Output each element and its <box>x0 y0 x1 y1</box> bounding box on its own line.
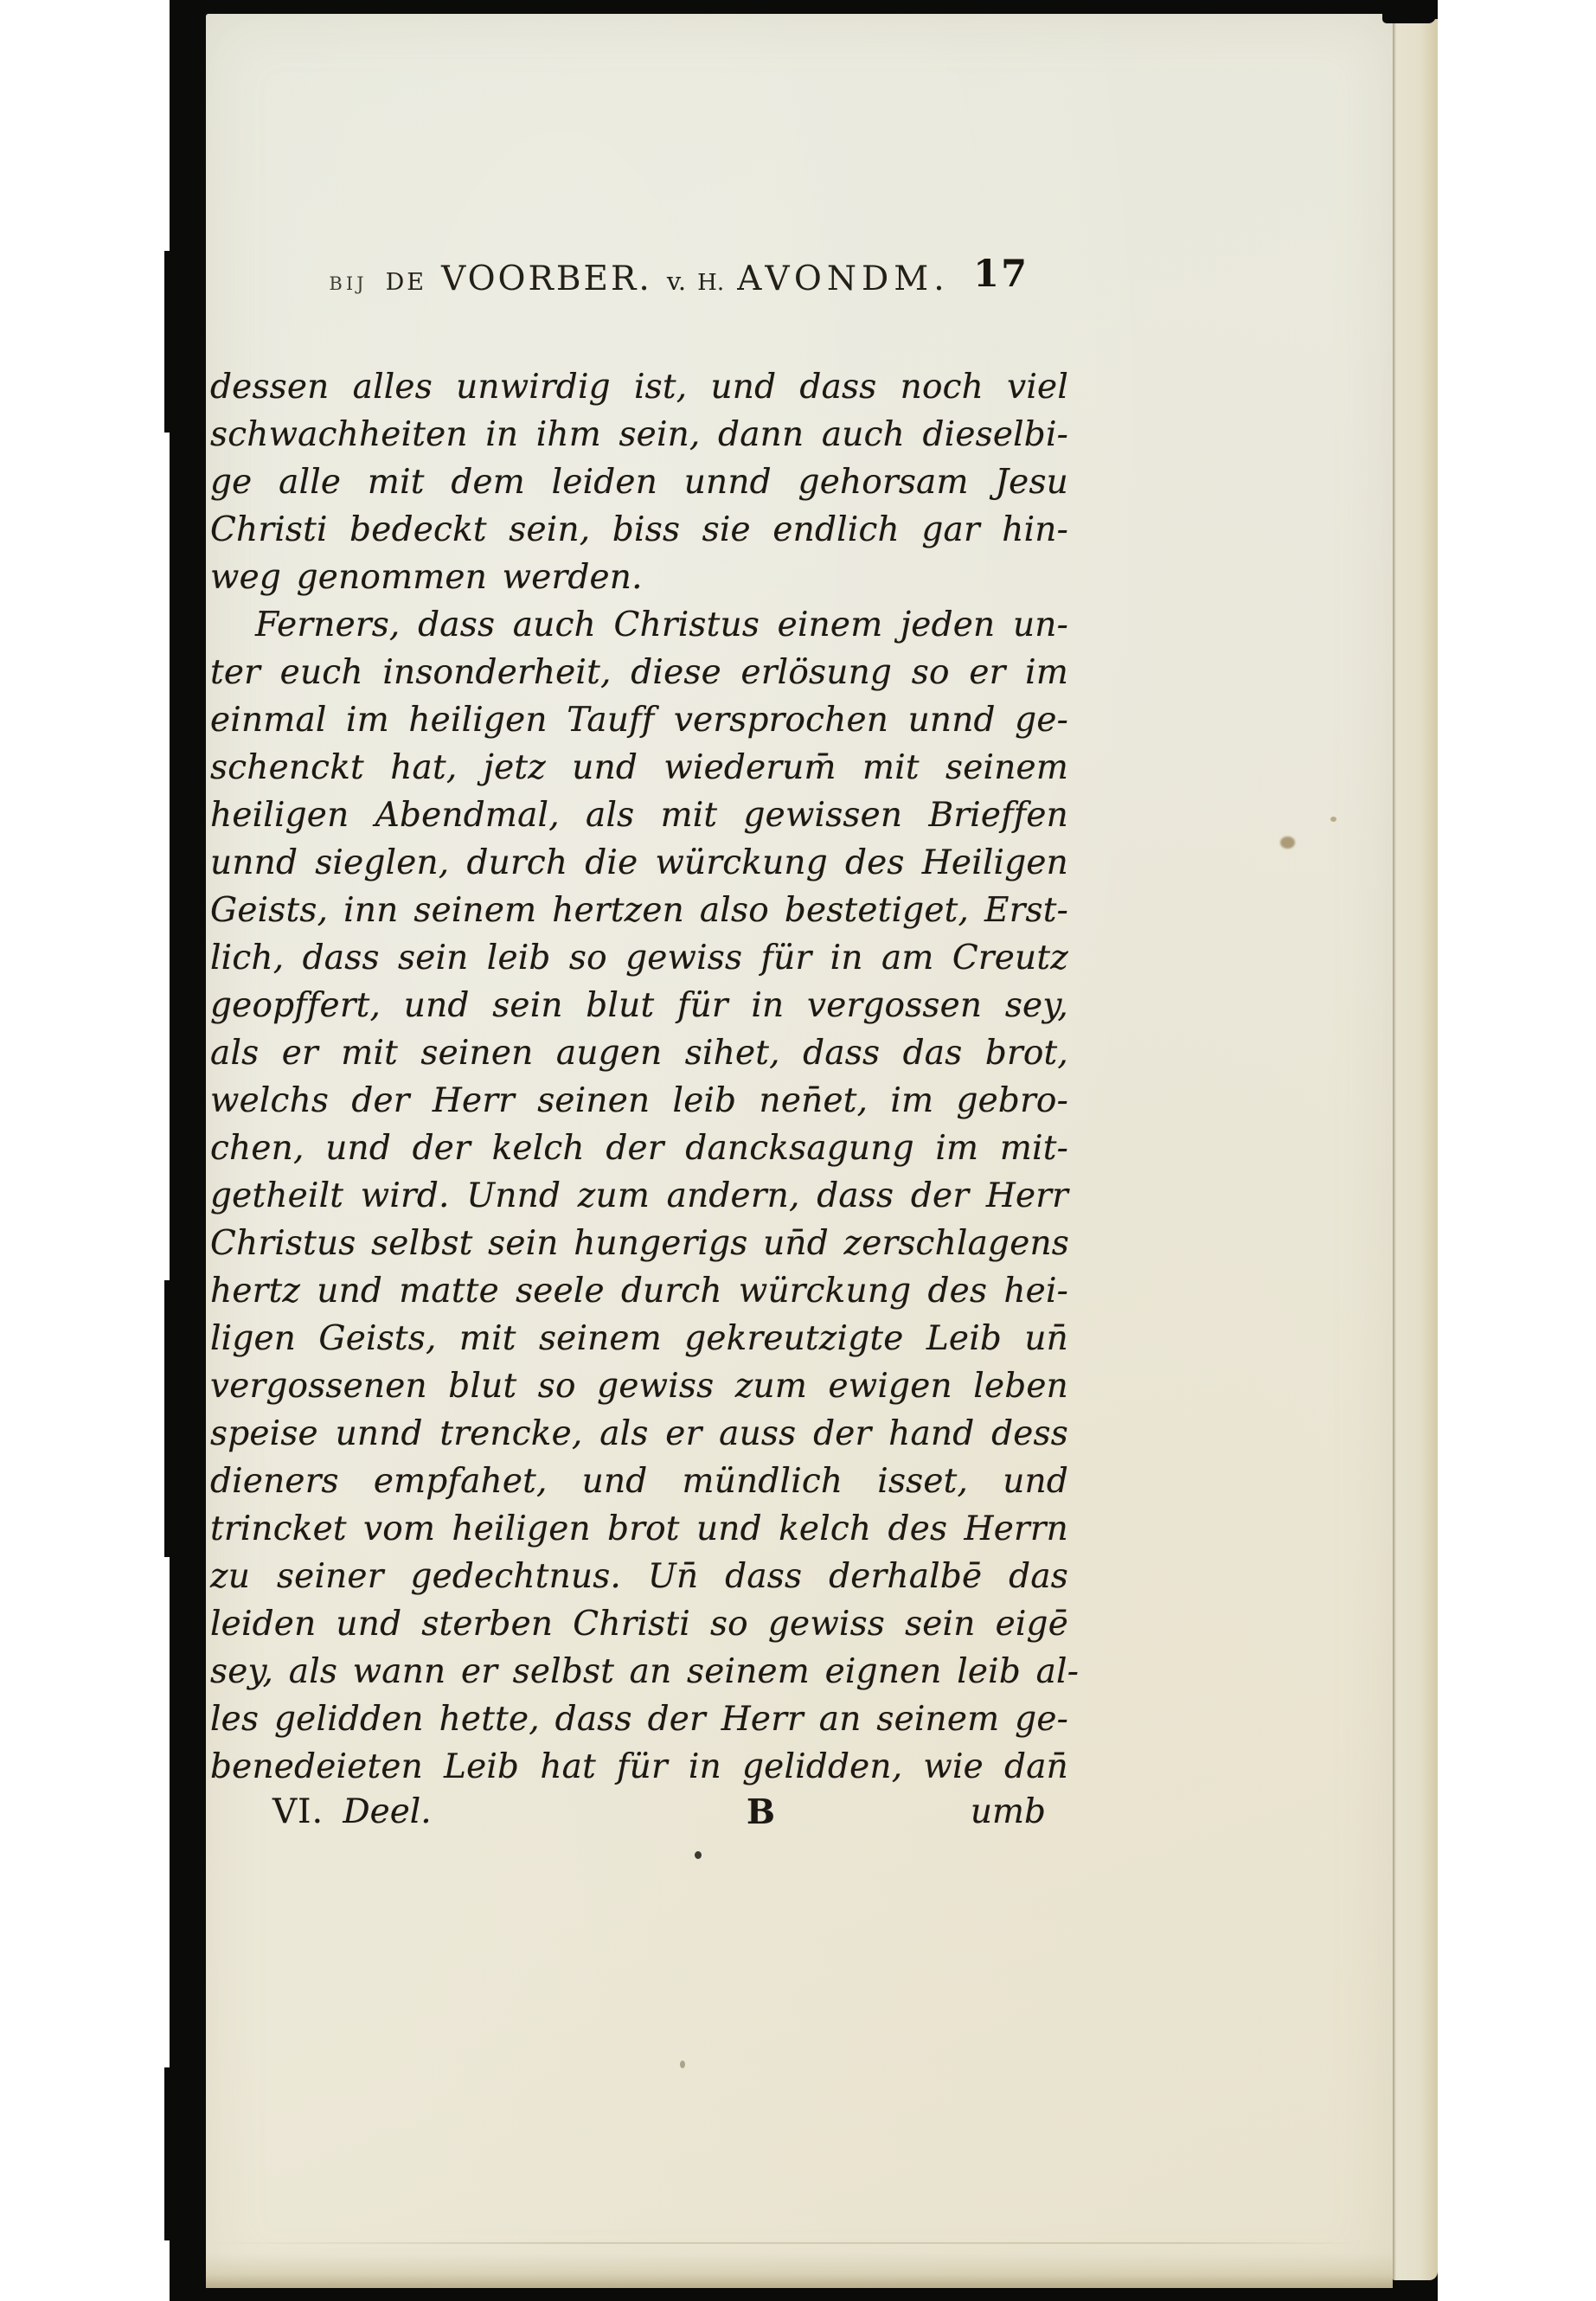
body-text-line: ge alle mit dem leiden unnd gehorsam Jes… <box>210 458 1068 506</box>
page-number: 17 <box>973 253 1029 296</box>
body-text-line: dessen alles unwirdig ist, und dass noch… <box>210 363 1068 411</box>
header-word-bij: BIJ <box>329 273 367 294</box>
body-text-line: chen, und der kelch der dancksagung im m… <box>210 1125 1068 1172</box>
page-footer: VI. Deel. B umb <box>210 1792 1068 1840</box>
body-text-line: einmal im heiligen Tauff versprochen unn… <box>210 696 1068 744</box>
header-word-avondm: AVONDM. <box>737 260 949 298</box>
body-text-line: schenckt hat, jetz und wiederum̄ mit sei… <box>210 744 1068 792</box>
body-text-line: geopffert, und sein blut für in vergosse… <box>210 982 1068 1029</box>
body-text-line: hertz und matte seele durch würckung des… <box>210 1267 1068 1315</box>
body-text-line: sey, als wann er selbst an seinem eignen… <box>210 1648 1068 1695</box>
body-text-line: Geists, inn seinem hertzen also bestetig… <box>210 887 1068 934</box>
body-text-line: als er mit seinen augen sihet, dass das … <box>210 1029 1068 1077</box>
body-text-block: dessen alles unwirdig ist, und dass noch… <box>210 363 1068 1791</box>
black-edge-step <box>164 2067 171 2240</box>
body-text-line: vergossenen blut so gewiss zum ewigen le… <box>210 1362 1068 1410</box>
paper-crease <box>206 2242 1358 2244</box>
volume-roman-numeral: VI. <box>272 1792 324 1831</box>
body-text-line: welchs der Herr seinen leib nen̄et, im g… <box>210 1077 1068 1125</box>
volume-label: VI. Deel. <box>272 1792 432 1831</box>
body-text-line: zu seiner gedechtnus. Un̄ dass derhalbē… <box>210 1553 1068 1600</box>
black-edge-step <box>164 1280 171 1557</box>
header-word-v: v. <box>667 266 686 296</box>
body-text-line: Ferners, dass auch Christus einem jeden … <box>210 601 1068 649</box>
body-text-line: dieners empfahet, und mündlich isset, un… <box>210 1458 1068 1505</box>
body-text-line: ligen Geists, mit seinem gekreutzigte Le… <box>210 1315 1068 1362</box>
body-text-line: weg genommen werden. <box>210 554 1068 601</box>
body-text-line: les gelidden hette, dass der Herr an sei… <box>210 1695 1068 1743</box>
body-text-line: speise unnd trencke, als er auss der han… <box>210 1410 1068 1458</box>
adjacent-page-edge <box>1393 19 1438 2280</box>
paper-speck <box>1330 817 1336 822</box>
header-word-de: DE <box>386 269 426 296</box>
body-text-line: schwachheiten in ihm sein, dann auch die… <box>210 411 1068 458</box>
body-text-line: benedeieten Leib hat für in gelidden, wi… <box>210 1743 1068 1791</box>
signature-mark: B <box>747 1792 775 1832</box>
volume-word: Deel. <box>343 1792 431 1831</box>
body-text-line: heiligen Abendmal, als mit gewissen Brie… <box>210 792 1068 839</box>
book-page-paper: BIJ DE VOORBER. v. H. AVONDM. 17 dessen … <box>206 14 1393 2288</box>
header-word-h: H. <box>697 270 724 296</box>
paper-speck <box>695 1851 702 1859</box>
body-text-line: ter euch insonderheit, diese erlösung so… <box>210 649 1068 696</box>
catchword: umb <box>971 1792 1046 1831</box>
body-text-line: leiden und sterben Christi so gewiss sei… <box>210 1600 1068 1648</box>
running-header: BIJ DE VOORBER. v. H. AVONDM. 17 <box>210 260 1068 298</box>
body-text-line: lich, dass sein leib so gewiss für in am… <box>210 934 1068 982</box>
header-word-voorber: VOORBER. <box>441 260 652 298</box>
gutter-shadow-notch <box>1382 0 1436 23</box>
body-text-line: Christi bedeckt sein, biss sie endlich g… <box>210 506 1068 554</box>
black-edge-step <box>164 251 171 433</box>
body-text-line: Christus selbst sein hungerigs un̄d zers… <box>210 1220 1068 1267</box>
body-text-line: getheilt wird. Unnd zum andern, dass der… <box>210 1172 1068 1220</box>
body-text-line: trincket vom heiligen brot und kelch des… <box>210 1505 1068 1553</box>
body-text-line: unnd sieglen, durch die würckung des Hei… <box>210 839 1068 887</box>
scanned-book-page: BIJ DE VOORBER. v. H. AVONDM. 17 dessen … <box>0 0 1596 2301</box>
paper-speck <box>1280 836 1295 849</box>
paper-speck <box>680 2061 685 2068</box>
